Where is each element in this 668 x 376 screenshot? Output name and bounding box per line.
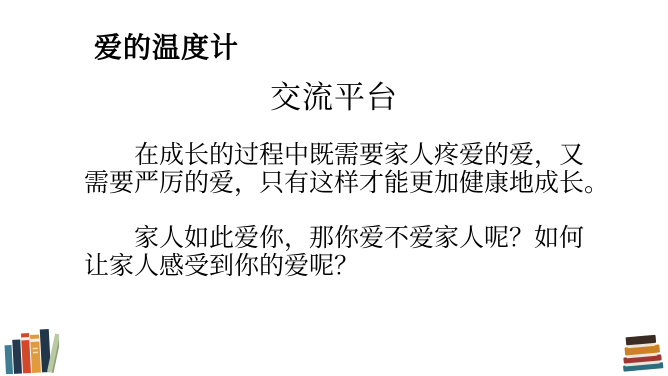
book-spine-text <box>33 352 38 354</box>
book-spine-band <box>30 339 39 342</box>
stacked-books-icon <box>620 334 664 372</box>
presentation-slide: 爱的温度计 交流平台 在成长的过程中既需要家人疼爱的爱，又 需要严厉的爱，只有这… <box>0 0 668 376</box>
slide-body: 在成长的过程中既需要家人疼爱的爱，又 需要严厉的爱，只有这样才能更加健康地成长。… <box>84 141 618 280</box>
book-spine <box>5 345 14 374</box>
paragraph-line: 需要严厉的爱，只有这样才能更加健康地成长。 <box>84 169 618 197</box>
paragraph: 家人如此爱你，那你爱不爱家人呢？如何 让家人感受到你的爱呢？ <box>84 224 618 280</box>
book-spine-text <box>33 348 38 350</box>
standing-books-icon <box>3 328 59 374</box>
paragraph-line: 在成长的过程中既需要家人疼爱的爱，又 <box>84 141 618 169</box>
paragraph-line: 家人如此爱你，那你爱不爱家人呢？如何 <box>84 224 618 252</box>
book-spine-band <box>21 337 29 340</box>
slide-title: 爱的温度计 <box>94 26 239 66</box>
book-spine <box>12 340 22 374</box>
paragraph-line: 让家人感受到你的爱呢？ <box>84 252 618 280</box>
slide-heading: 交流平台 <box>0 72 668 117</box>
paragraph: 在成长的过程中既需要家人疼爱的爱，又 需要严厉的爱，只有这样才能更加健康地成长。 <box>84 141 618 197</box>
